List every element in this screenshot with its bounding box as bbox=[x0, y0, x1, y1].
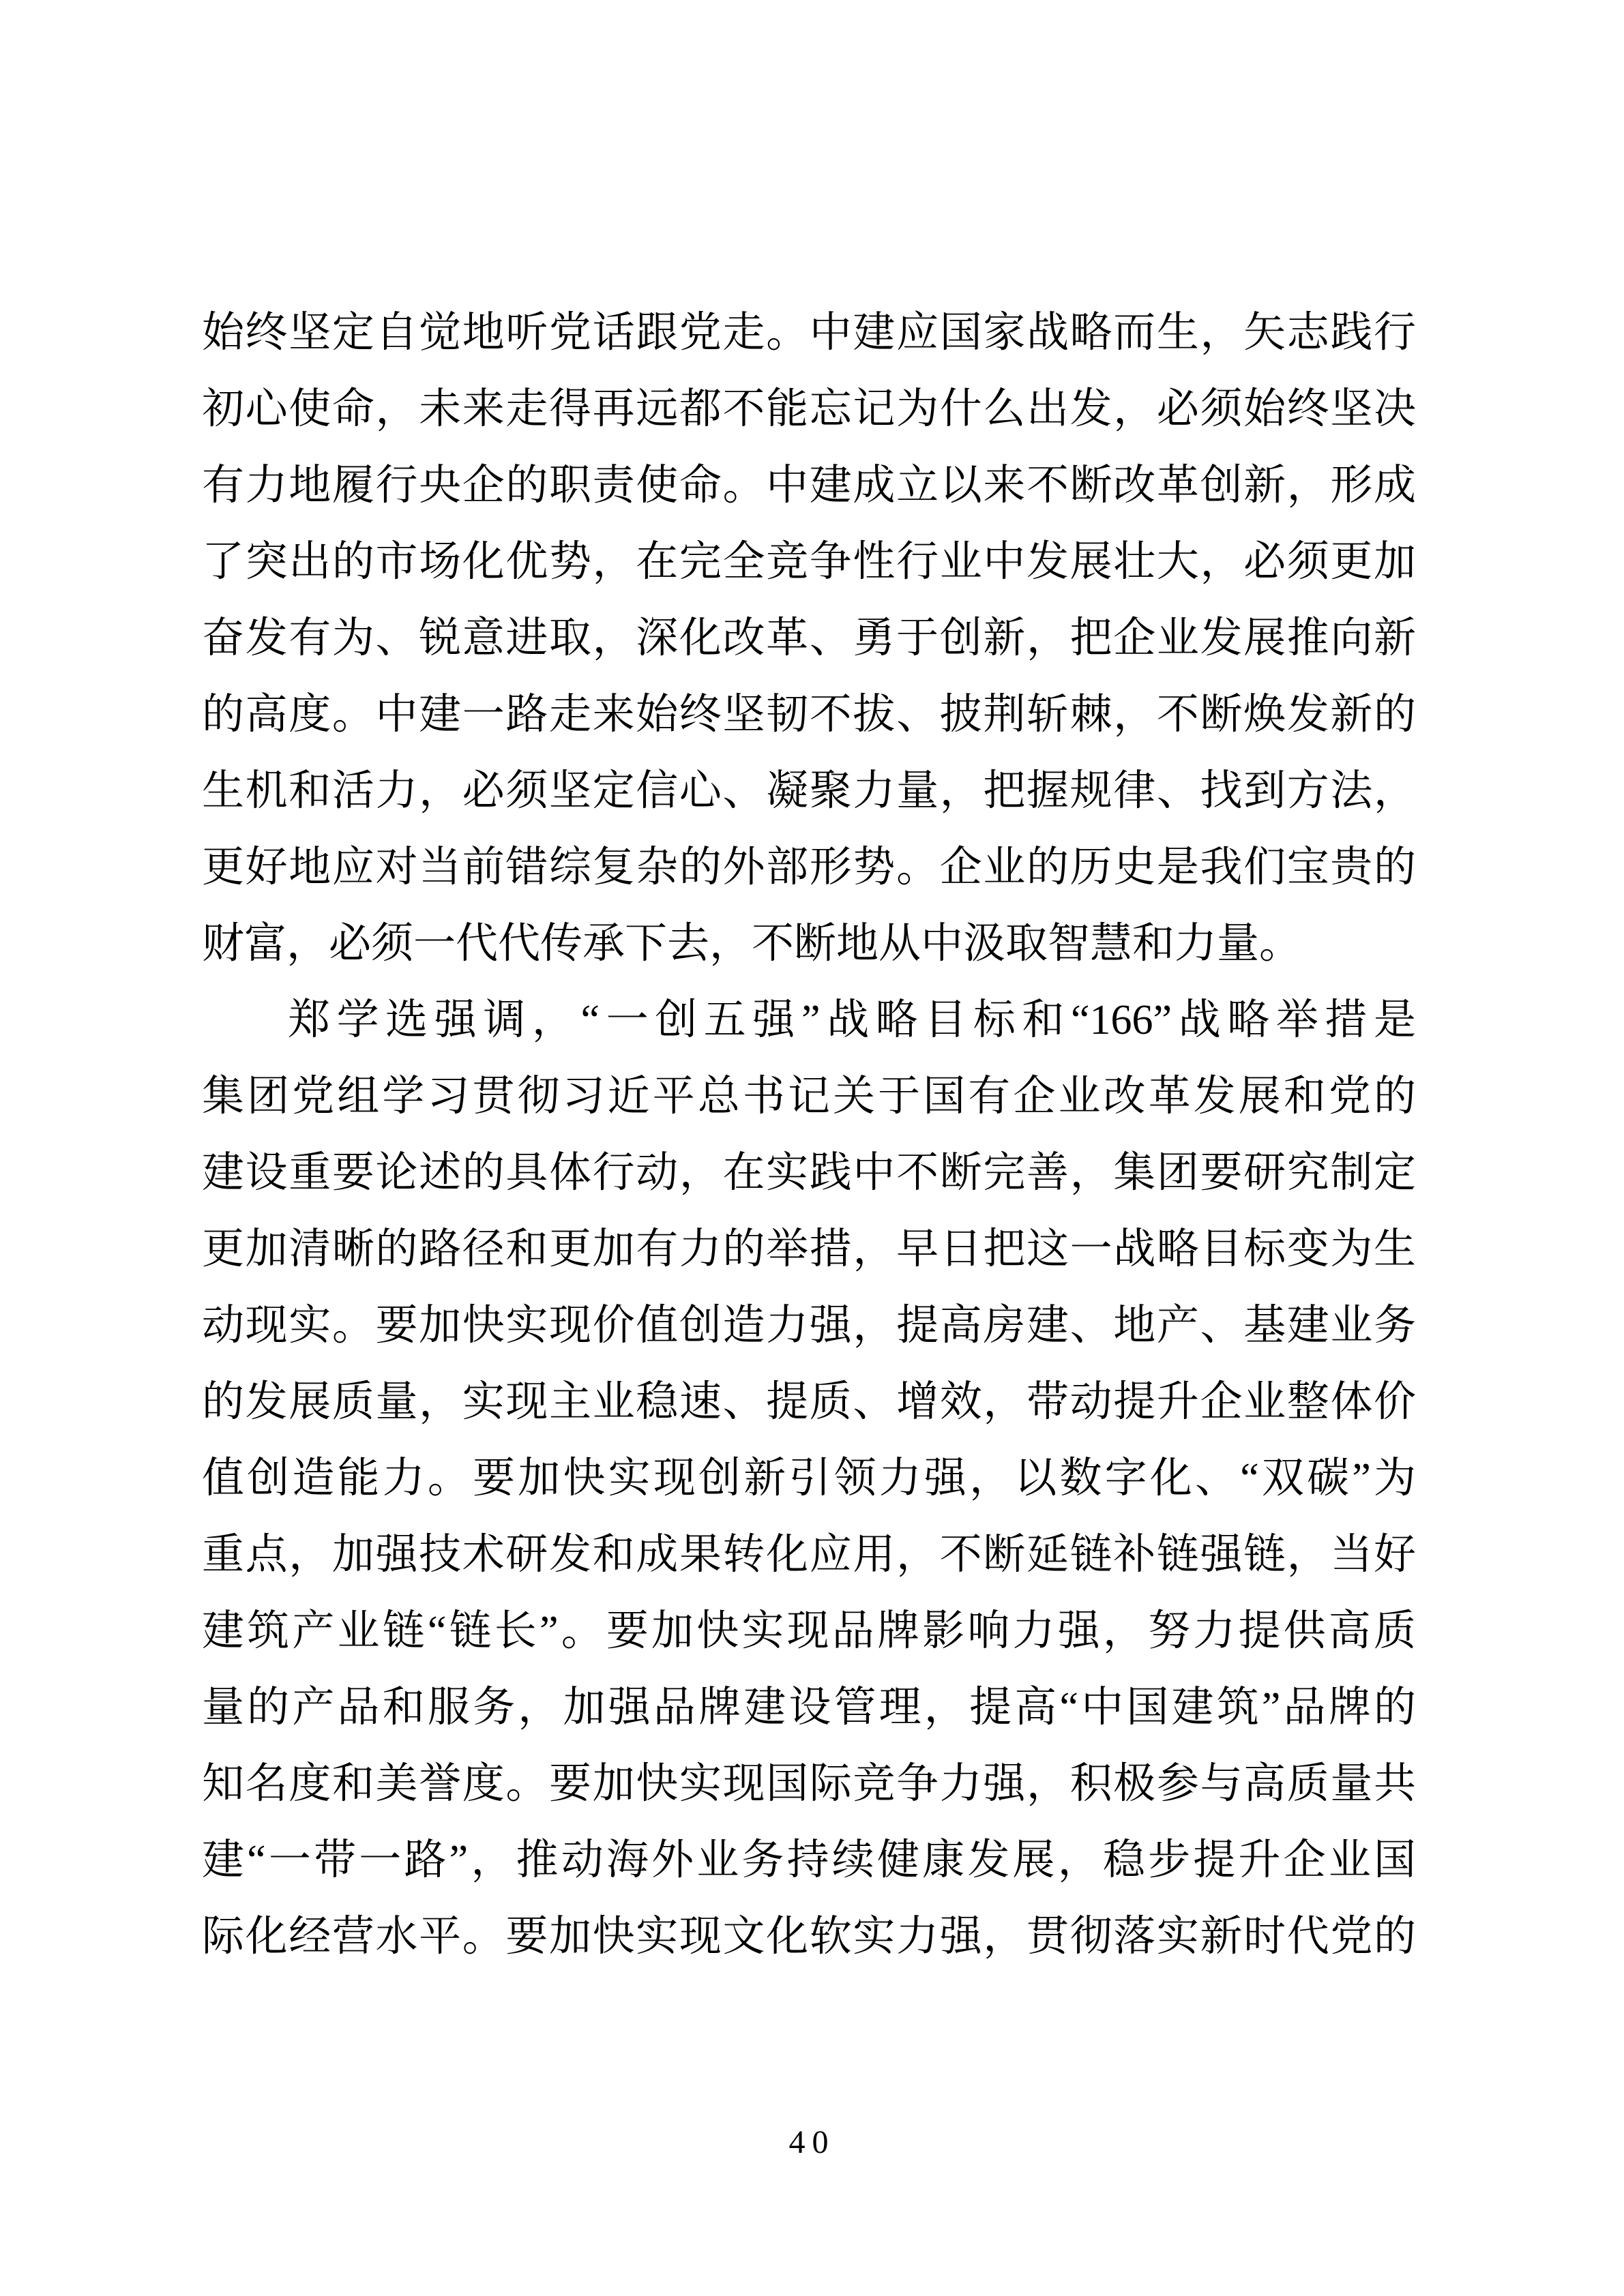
text-line: 初心使命，未来走得再远都不能忘记为什么出发，必须始终坚决 bbox=[202, 371, 1416, 447]
text-line: 财富，必须一代代传承下去，不断地从中汲取智慧和力量。 bbox=[202, 906, 1416, 982]
text-line: 更好地应对当前错综复杂的外部形势。企业的历史是我们宝贵的 bbox=[202, 829, 1416, 906]
document-page: 始终坚定自觉地听党话跟党走。中建应国家战略而生，矢志践行初心使命，未来走得再远都… bbox=[0, 0, 1624, 2296]
text-line: 的发展质量，实现主业稳速、提质、增效，带动提升企业整体价 bbox=[202, 1364, 1416, 1440]
text-line: 有力地履行央企的职责使命。中建成立以来不断改革创新，形成 bbox=[202, 447, 1416, 524]
text-line: 始终坚定自觉地听党话跟党走。中建应国家战略而生，矢志践行 bbox=[202, 295, 1416, 371]
text-line: 知名度和美誉度。要加快实现国际竞争力强，积极参与高质量共 bbox=[202, 1746, 1416, 1822]
text-line: 际化经营水平。要加快实现文化软实力强，贯彻落实新时代党的 bbox=[202, 1898, 1416, 1975]
text-line: 重点，加强技术研发和成果转化应用，不断延链补链强链，当好 bbox=[202, 1517, 1416, 1593]
text-line: 了突出的市场化优势，在完全竞争性行业中发展壮大，必须更加 bbox=[202, 524, 1416, 600]
text-line: 建“一带一路”，推动海外业务持续健康发展，稳步提升企业国 bbox=[202, 1822, 1416, 1898]
text-line: 动现实。要加快实现价值创造力强，提高房建、地产、基建业务 bbox=[202, 1287, 1416, 1364]
text-line: 值创造能力。要加快实现创新引领力强，以数字化、“双碳”为 bbox=[202, 1440, 1416, 1517]
page-number: 40 bbox=[0, 2122, 1624, 2163]
text-line: 生机和活力，必须坚定信心、凝聚力量，把握规律、找到方法， bbox=[202, 753, 1416, 829]
text-line: 更加清晰的路径和更加有力的举措，早日把这一战略目标变为生 bbox=[202, 1211, 1416, 1287]
text-line: 建筑产业链“链长”。要加快实现品牌影响力强，努力提供高质 bbox=[202, 1593, 1416, 1669]
body-text: 始终坚定自觉地听党话跟党走。中建应国家战略而生，矢志践行初心使命，未来走得再远都… bbox=[202, 295, 1416, 1975]
text-line: 量的产品和服务，加强品牌建设管理，提高“中国建筑”品牌的 bbox=[202, 1669, 1416, 1746]
text-line: 郑学选强调，“一创五强”战略目标和“166”战略举措是 bbox=[202, 982, 1416, 1058]
text-line: 建设重要论述的具体行动，在实践中不断完善，集团要研究制定 bbox=[202, 1135, 1416, 1211]
text-line: 的高度。中建一路走来始终坚韧不拔、披荆斩棘，不断焕发新的 bbox=[202, 676, 1416, 753]
text-line: 奋发有为、锐意进取，深化改革、勇于创新，把企业发展推向新 bbox=[202, 600, 1416, 676]
text-line: 集团党组学习贯彻习近平总书记关于国有企业改革发展和党的 bbox=[202, 1058, 1416, 1135]
